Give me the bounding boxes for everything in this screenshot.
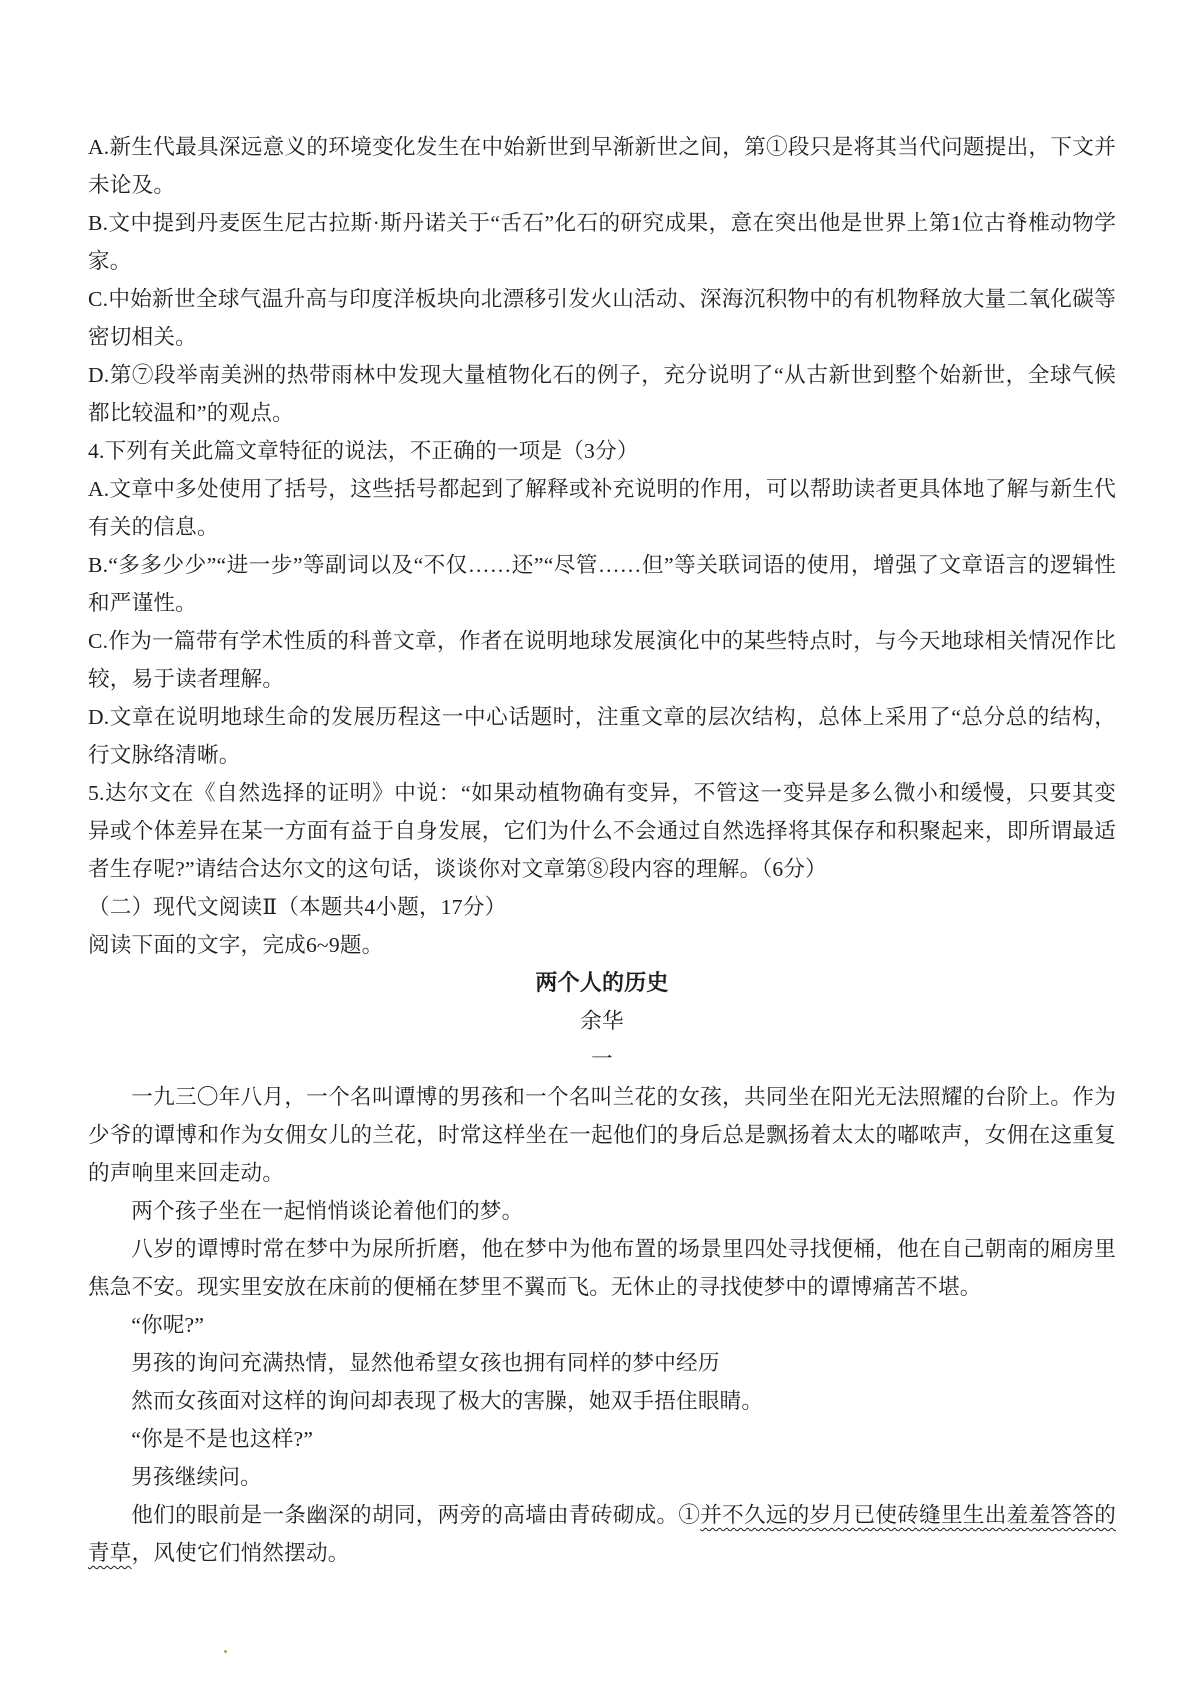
q4-option-a: A.文章中多处使用了括号，这些括号都起到了解释或补充说明的作用，可以帮助读者更具…	[88, 470, 1116, 546]
text-run: ，风使它们悄然摆动。	[132, 1541, 350, 1565]
text-run: 男孩继续问。	[131, 1465, 262, 1489]
text-run: A.新生代最具深远意义的环境变化发生在中始新世到早渐新世之间，第①段只是将其当代…	[88, 135, 1116, 197]
text-run: 男孩的询问充满热情，显然他希望女孩也拥有同样的梦中经历	[131, 1351, 719, 1375]
q5-stem: 5.达尔文在《自然选择的证明》中说：“如果动植物确有变异，不管这一变异是多么微小…	[88, 774, 1116, 888]
text-run: D.文章在说明地球生命的发展历程这一中心话题时，注重文章的层次结构，总体上采用了…	[88, 705, 1116, 767]
text-run: 一	[591, 1047, 613, 1071]
story-p4: 男孩的询问充满热情，显然他希望女孩也拥有同样的梦中经历	[88, 1344, 1116, 1382]
story-dialog-2: “你是不是也这样?”	[88, 1420, 1116, 1458]
text-run: 阅读下面的文字，完成6~9题。	[88, 933, 383, 957]
text-run: 两个孩子坐在一起悄悄谈论着他们的梦。	[131, 1199, 523, 1223]
scan-artifact-dot	[224, 1650, 227, 1653]
story-p2: 两个孩子坐在一起悄悄谈论着他们的梦。	[88, 1192, 1116, 1230]
exam-page: A.新生代最具深远意义的环境变化发生在中始新世到早渐新世之间，第①段只是将其当代…	[0, 0, 1200, 1698]
reading-author: 余华	[88, 1002, 1116, 1040]
text-run: 八岁的谭博时常在梦中为尿所折磨，他在梦中为他布置的场景里四处寻找便桶，他在自己朝…	[88, 1237, 1116, 1299]
reading-instruction: 阅读下面的文字，完成6~9题。	[88, 926, 1116, 964]
q3-option-b: B.文中提到丹麦医生尼古拉斯·斯丹诺关于“舌石”化石的研究成果，意在突出他是世界…	[88, 204, 1116, 280]
text-run: 他们的眼前是一条幽深的胡同，两旁的高墙由青砖砌成。①	[131, 1503, 700, 1527]
text-run: D.第⑦段举南美洲的热带雨林中发现大量植物化石的例子，充分说明了“从古新世到整个…	[88, 363, 1116, 425]
document-body: A.新生代最具深远意义的环境变化发生在中始新世到早渐新世之间，第①段只是将其当代…	[88, 128, 1116, 1572]
q4-option-d: D.文章在说明地球生命的发展历程这一中心话题时，注重文章的层次结构，总体上采用了…	[88, 698, 1116, 774]
text-run: C.作为一篇带有学术性质的科普文章，作者在说明地球发展演化中的某些特点时，与今天…	[88, 629, 1116, 691]
story-p6: 男孩继续问。	[88, 1458, 1116, 1496]
text-run: （二）现代文阅读Ⅱ（本题共4小题，17分）	[88, 895, 506, 919]
text-run: “你是不是也这样?”	[131, 1427, 313, 1451]
text-run: 5.达尔文在《自然选择的证明》中说：“如果动植物确有变异，不管这一变异是多么微小…	[88, 781, 1116, 881]
reading-title: 两个人的历史	[88, 964, 1116, 1002]
text-run: B.文中提到丹麦医生尼古拉斯·斯丹诺关于“舌石”化石的研究成果，意在突出他是世界…	[88, 211, 1116, 273]
chapter-marker: 一	[88, 1040, 1116, 1078]
q3-option-c: C.中始新世全球气温升高与印度洋板块向北漂移引发火山活动、深海沉积物中的有机物释…	[88, 280, 1116, 356]
text-run: 然而女孩面对这样的询问却表现了极大的害臊，她双手捂住眼睛。	[131, 1389, 763, 1413]
story-p5: 然而女孩面对这样的询问却表现了极大的害臊，她双手捂住眼睛。	[88, 1382, 1116, 1420]
text-run: 两个人的历史	[535, 970, 668, 995]
text-run: B.“多多少少”“进一步”等副词以及“不仅……还”“尽管……但”等关联词语的使用…	[88, 553, 1116, 615]
q3-option-a: A.新生代最具深远意义的环境变化发生在中始新世到早渐新世之间，第①段只是将其当代…	[88, 128, 1116, 204]
text-run: 一九三〇年八月，一个名叫谭博的男孩和一个名叫兰花的女孩，共同坐在阳光无法照耀的台…	[88, 1085, 1116, 1185]
text-run: “你呢?”	[131, 1313, 204, 1337]
q4-option-c: C.作为一篇带有学术性质的科普文章，作者在说明地球发展演化中的某些特点时，与今天…	[88, 622, 1116, 698]
text-run: A.文章中多处使用了括号，这些括号都起到了解释或补充说明的作用，可以帮助读者更具…	[88, 477, 1116, 539]
text-run: C.中始新世全球气温升高与印度洋板块向北漂移引发火山活动、深海沉积物中的有机物释…	[88, 287, 1116, 349]
story-p3: 八岁的谭博时常在梦中为尿所折磨，他在梦中为他布置的场景里四处寻找便桶，他在自己朝…	[88, 1230, 1116, 1306]
story-p1: 一九三〇年八月，一个名叫谭博的男孩和一个名叫兰花的女孩，共同坐在阳光无法照耀的台…	[88, 1078, 1116, 1192]
text-run: 4.下列有关此篇文章特征的说法，不正确的一项是（3分）	[88, 439, 639, 463]
text-run: 余华	[580, 1009, 624, 1033]
story-p7: 他们的眼前是一条幽深的胡同，两旁的高墙由青砖砌成。①并不久远的岁月已使砖缝里生出…	[88, 1496, 1116, 1572]
q4-option-b: B.“多多少少”“进一步”等副词以及“不仅……还”“尽管……但”等关联词语的使用…	[88, 546, 1116, 622]
q4-stem: 4.下列有关此篇文章特征的说法，不正确的一项是（3分）	[88, 432, 1116, 470]
section-ii-heading: （二）现代文阅读Ⅱ（本题共4小题，17分）	[88, 888, 1116, 926]
story-dialog-1: “你呢?”	[88, 1306, 1116, 1344]
q3-option-d: D.第⑦段举南美洲的热带雨林中发现大量植物化石的例子，充分说明了“从古新世到整个…	[88, 356, 1116, 432]
